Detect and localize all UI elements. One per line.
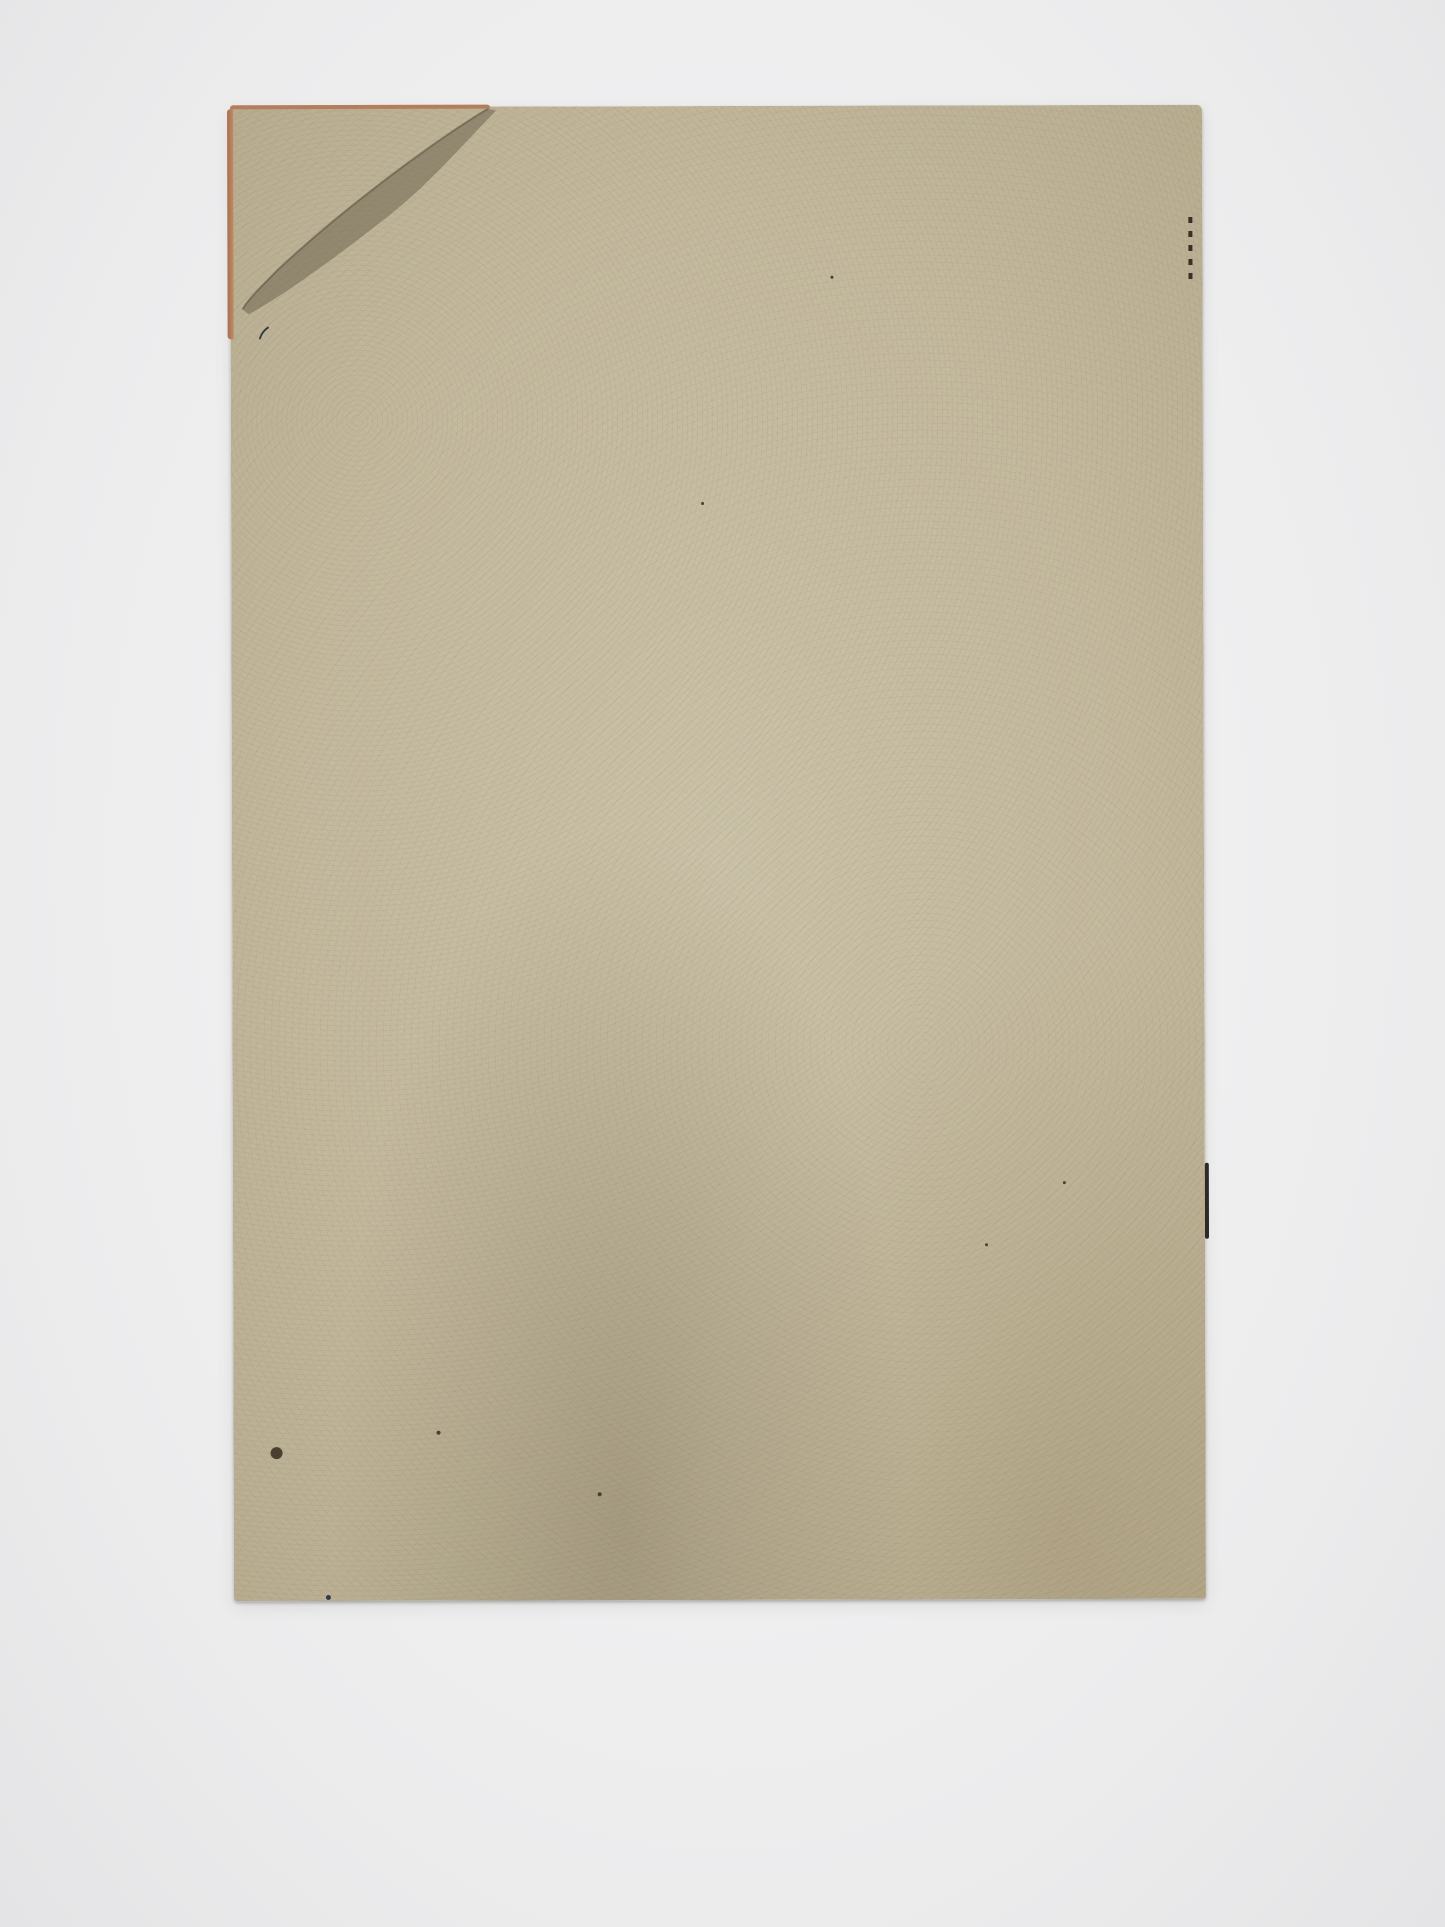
- staple: [1205, 1163, 1209, 1239]
- spine-edge: [227, 109, 234, 339]
- edge-wear-marks: [1188, 217, 1192, 287]
- speck: [598, 1492, 602, 1496]
- speck: [1063, 1181, 1066, 1184]
- speck: [701, 502, 704, 505]
- speck: [985, 1243, 988, 1246]
- booklet-cover: [230, 105, 1206, 1602]
- speck: [830, 276, 833, 279]
- speck: [326, 1595, 331, 1600]
- ink-spot: [271, 1447, 283, 1459]
- corner-crease: [238, 109, 499, 340]
- speck: [437, 1431, 441, 1435]
